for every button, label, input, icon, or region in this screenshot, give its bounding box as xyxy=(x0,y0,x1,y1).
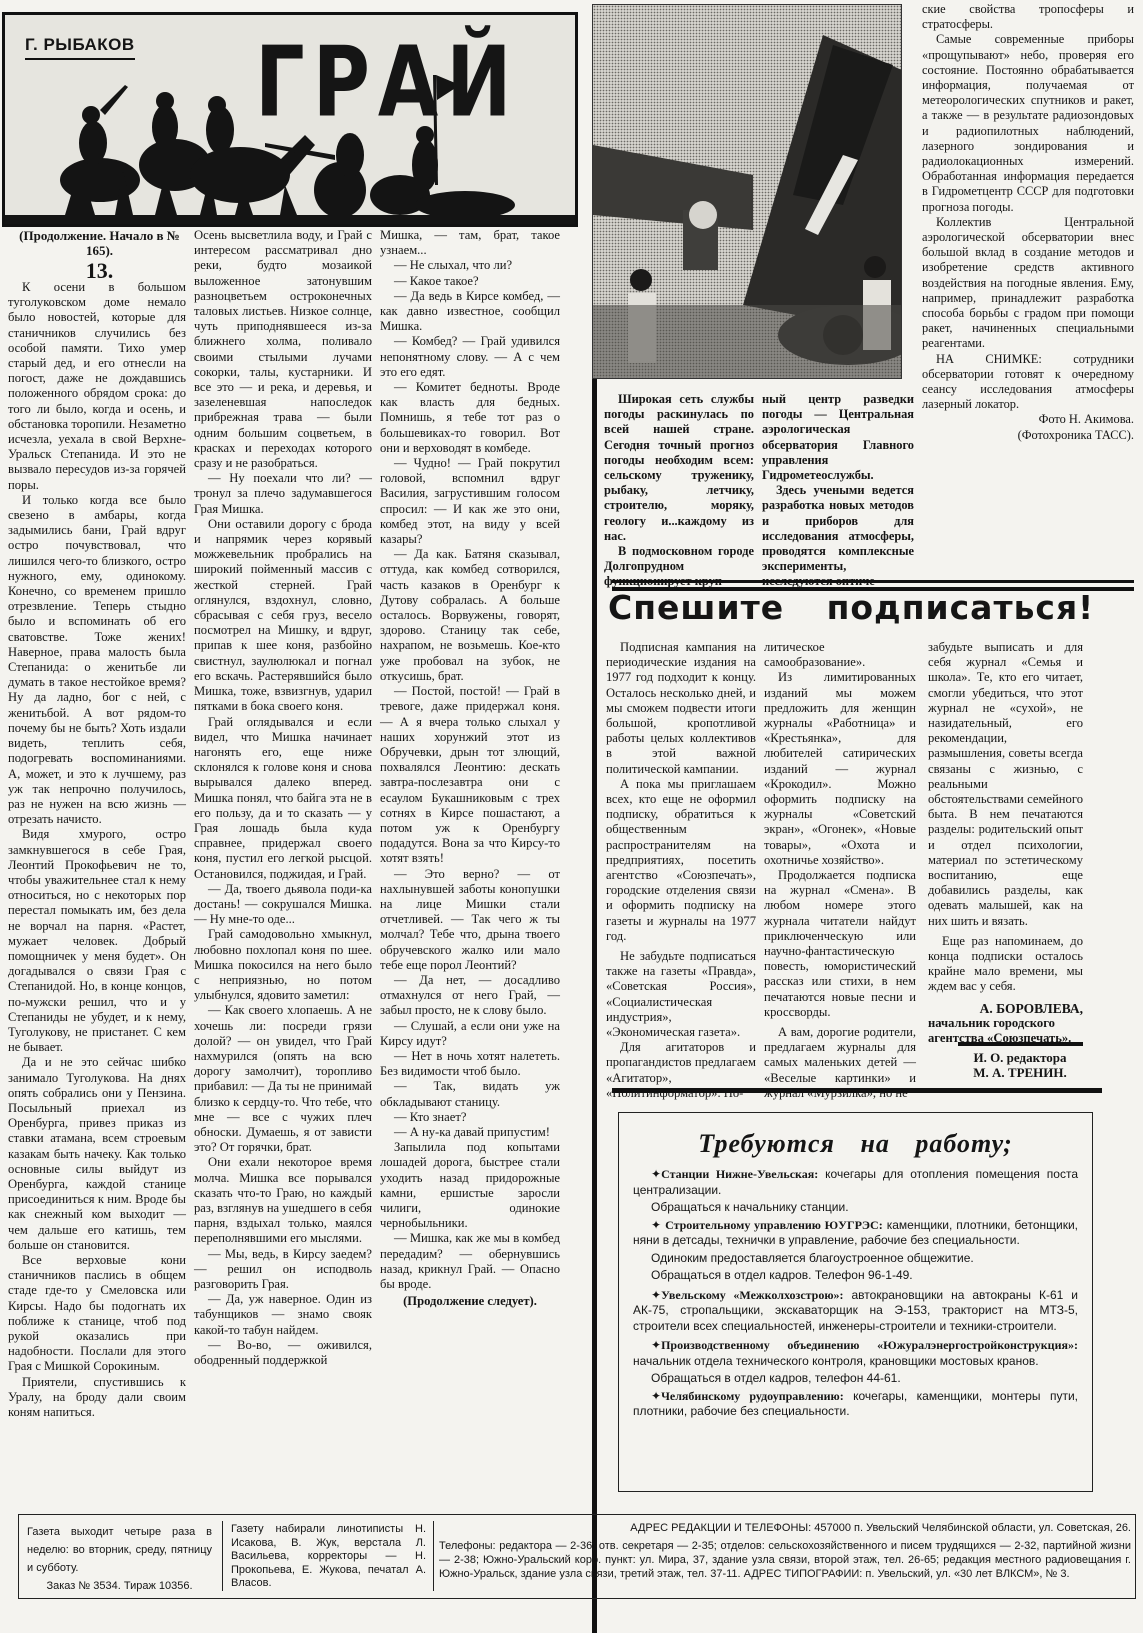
story-paragraph: Они оставили дорогу с брода и напрямик ч… xyxy=(194,517,372,715)
job-ads-title: Требуются на работу; xyxy=(633,1129,1078,1159)
story-paragraph: Да и не это сейчас шибко занимало Туголу… xyxy=(8,1055,186,1253)
editor-signature: И. О. редактора М. А. ТРЕНИН. xyxy=(940,1050,1100,1080)
job-ad-contact: Обращаться к начальнику станции. xyxy=(633,1200,1078,1216)
job-ad-text: начальник отдела технического контроля, … xyxy=(633,1354,1039,1368)
job-ads-box: Требуются на работу; ✦Станции Нижне-Увел… xyxy=(618,1112,1093,1492)
story-paragraph: Видя хмурого, остро замкнувшегося в себе… xyxy=(8,827,186,1055)
story-paragraph: Запылила под копытами лошадей дорога, бы… xyxy=(380,1140,560,1231)
imprint-schedule: Газета выходит четыре раза в неделю: во … xyxy=(27,1523,212,1595)
weather-column-2: ный центр разведки погоды — Центральная … xyxy=(762,392,914,590)
story-paragraph: — Да, твоего дьявола поди-ка достань! — … xyxy=(194,882,372,928)
story-paragraph: — Комбед? — Грай удивился непонятному сл… xyxy=(380,334,560,380)
weather-paragraph: ный центр разведки погоды — Центральная … xyxy=(762,392,914,483)
section-rule xyxy=(958,1042,1083,1046)
story-paragraph: — Чудно! — Грай покрутил головой, вспомн… xyxy=(380,456,560,547)
story-paragraph: — Как своего хлопаешь. А не хочешь ли: п… xyxy=(194,1003,372,1155)
job-ad-employer: Строительному управлению ЮУГРЭС: xyxy=(665,1218,883,1232)
job-ad: ✦Челябинскому рудоуправлению: кочегары, … xyxy=(633,1389,1078,1420)
editorial-address: АДРЕС РЕДАКЦИИ И ТЕЛЕФОНЫ: 457000 п. Уве… xyxy=(439,1521,1131,1535)
story-banner: Г. РЫБАКОВ ГРАЙ xyxy=(2,12,578,227)
subscription-signature-name: А. БОРОВЛЕВА, xyxy=(928,1001,1083,1016)
imprint-staff: Газету набирали линотиписты Н. Исакова, … xyxy=(231,1523,426,1591)
story-paragraph: — Да как. Батяня сказывал, оттуда, как к… xyxy=(380,547,560,684)
editorial-phones: Телефоны: редактора — 2-36; отв. секрета… xyxy=(439,1539,1131,1581)
job-ad-employer: Челябинскому рудоуправлению: xyxy=(661,1389,844,1403)
photo-caption: НА СНИМКЕ: сотрудники обсерватории готов… xyxy=(922,352,1134,413)
job-ad-contact: Обращаться в отдел кадров. Телефон 96-1-… xyxy=(633,1268,1078,1284)
weather-paragraph: ские свойства тропосферы и стратосферы. xyxy=(922,2,1134,32)
story-column-2: Осень высветлила воду, и Грай с интересо… xyxy=(194,228,372,1368)
imprint-footer: Газета выходит четыре раза в неделю: во … xyxy=(18,1514,1136,1599)
subscription-paragraph: Еще раз напоминаем, до конца подписки ос… xyxy=(928,934,1083,995)
story-paragraph: — Так, видать уж обкладывают станицу. xyxy=(380,1079,560,1109)
subscription-paragraph: Продолжается подписка на журнал «Смена».… xyxy=(764,868,916,1020)
job-ad-contact: Обращаться в отдел кадров, телефон 44-61… xyxy=(633,1371,1078,1387)
story-paragraph: — Нет в ночь хотят налететь. Без видимос… xyxy=(380,1049,560,1079)
imprint-address: АДРЕС РЕДАКЦИИ И ТЕЛЕФОНЫ: 457000 п. Уве… xyxy=(439,1521,1131,1581)
story-paragraph: — Слушай, а если они уже на Кирсу идут? xyxy=(380,1019,560,1049)
laser-locator-image xyxy=(593,5,902,379)
weather-column-3: ские свойства тропосферы и стратосферы. … xyxy=(922,2,1134,443)
story-paragraph: — Во-во, — оживился, ободренный поддержк… xyxy=(194,1338,372,1368)
story-paragraph: К осени в большом туголуковском доме нем… xyxy=(8,280,186,493)
subscription-paragraph: забудьте выписать и для себя журнал «Сем… xyxy=(928,640,1083,929)
star-bullet-icon: ✦ xyxy=(651,1167,661,1181)
story-paragraph: Грай самодовольно хмыкнул, любовно похло… xyxy=(194,927,372,1003)
weather-paragraph: Широкая сеть службы погоды раскинулась п… xyxy=(604,392,754,544)
footer-divider xyxy=(222,1521,223,1591)
observatory-photo xyxy=(592,4,902,379)
footer-divider xyxy=(433,1521,434,1591)
job-ad: ✦Увельскому «Межколхозстрою»: автокранов… xyxy=(633,1288,1078,1335)
editor-title: И. О. редактора xyxy=(940,1050,1100,1065)
story-paragraph: И только когда все было свезено в амбары… xyxy=(8,493,186,827)
weather-paragraph: Самые современные приборы «прощупывают» … xyxy=(922,32,1134,214)
section-rule xyxy=(612,580,1134,583)
story-paragraph: — Да нет, — досадливо отмахнулся от него… xyxy=(380,973,560,1019)
photo-agency: (Фотохроника ТАСС). xyxy=(922,428,1134,443)
story-paragraph: Они ехали некоторое время молча. Мишка в… xyxy=(194,1155,372,1246)
story-paragraph: — А ну-ка давай припустим! xyxy=(380,1125,560,1140)
story-paragraph: — Мишка, как же мы в комбед передадим? —… xyxy=(380,1231,560,1292)
job-ad-employer: Производственному объединению «Южуралэне… xyxy=(661,1338,1078,1352)
subscription-column-1: Подписная кампания на периодические изда… xyxy=(606,640,756,1101)
job-ad-employer: Станции Нижне-Увельская: xyxy=(661,1167,818,1181)
job-ad: ✦ Строительному управлению ЮУГРЭС: камен… xyxy=(633,1218,1078,1249)
story-paragraph: — Да ведь в Кирсе комбед, — как давно из… xyxy=(380,289,560,335)
story-paragraph: — Не слыхал, что ли? xyxy=(380,258,560,273)
story-paragraph: Осень высветлила воду, и Грай с интересо… xyxy=(194,228,372,471)
story-paragraph: Грай оглядывался и если видел, что Мишка… xyxy=(194,715,372,882)
subscription-column-2: литическое самообразование». Из лимитиро… xyxy=(764,640,916,1101)
weather-paragraph: Коллектив Центральной аэрологической обс… xyxy=(922,215,1134,352)
story-paragraph: Приятели, спустившись к Уралу, на броду … xyxy=(8,1375,186,1421)
story-column-1: К осени в большом туголуковском доме нем… xyxy=(8,280,186,1420)
story-paragraph: Все верховые кони станичников паслись в … xyxy=(8,1253,186,1375)
story-intro: (Продолжение. Начало в № 165). xyxy=(12,228,187,258)
subscription-paragraph: А пока мы приглашаем всех, кто еще не оф… xyxy=(606,777,756,944)
job-ad: ✦Станции Нижне-Увельская: кочегары для о… xyxy=(633,1167,1078,1198)
job-ad: ✦Производственному объединению «Южуралэн… xyxy=(633,1338,1078,1369)
section-rule xyxy=(612,1088,1102,1093)
weather-paragraph: Здесь учеными ведется разработка новых м… xyxy=(762,483,914,589)
weather-column-1: Широкая сеть службы погоды раскинулась п… xyxy=(604,392,754,590)
story-author: Г. РЫБАКОВ xyxy=(25,35,135,60)
editor-name: М. А. ТРЕНИН. xyxy=(940,1065,1100,1080)
subscription-paragraph: литическое самообразование». xyxy=(764,640,916,670)
story-paragraph: — Это верно? — от нахлынувшей заботы кон… xyxy=(380,867,560,973)
job-ad-contact: Одиноким предоставляется благоустроенное… xyxy=(633,1251,1078,1267)
story-paragraph: — Постой, постой! — Грай в тревоге, даже… xyxy=(380,684,560,866)
subscription-headline: Спешите подписаться! xyxy=(608,588,1138,627)
story-paragraph: — Какое такое? xyxy=(380,274,560,289)
story-paragraph: — Ну поехали что ли? — тронул за плечо з… xyxy=(194,471,372,517)
story-title: ГРАЙ xyxy=(255,33,520,133)
story-paragraph: — Мы, ведь, в Кирсу заедем? — решил он и… xyxy=(194,1247,372,1293)
photo-credit: Фото Н. Акимова. xyxy=(922,412,1134,427)
story-paragraph: — Комитет бедноты. Вроде как власть для … xyxy=(380,380,560,456)
print-order: Заказ № 3534. Тираж 10356. xyxy=(27,1577,212,1595)
story-column-3: Мишка, — там, брат, такое узнаем... — Не… xyxy=(380,228,560,1309)
star-bullet-icon: ✦ xyxy=(651,1288,661,1302)
story-paragraph: Мишка, — там, брат, такое узнаем... xyxy=(380,228,560,258)
story-continued-note: (Продолжение следует). xyxy=(380,1294,560,1309)
subscription-paragraph: Не забудьте подписаться также на газеты … xyxy=(606,949,756,1040)
subscription-paragraph: Из лимитированных изданий мы можем предл… xyxy=(764,670,916,868)
job-ad-employer: Увельскому «Межколхозстрою»: xyxy=(661,1288,843,1302)
story-paragraph: — Кто знает? xyxy=(380,1110,560,1125)
story-paragraph: — Да, уж наверное. Один из табунщиков — … xyxy=(194,1292,372,1338)
star-bullet-icon: ✦ xyxy=(651,1389,661,1403)
publication-schedule: Газета выходит четыре раза в неделю: во … xyxy=(27,1523,212,1577)
star-bullet-icon: ✦ xyxy=(651,1338,661,1352)
star-bullet-icon: ✦ xyxy=(651,1218,661,1232)
subscription-column-3: забудьте выписать и для себя журнал «Сем… xyxy=(928,640,1083,1046)
subscription-paragraph: Подписная кампания на периодические изда… xyxy=(606,640,756,777)
